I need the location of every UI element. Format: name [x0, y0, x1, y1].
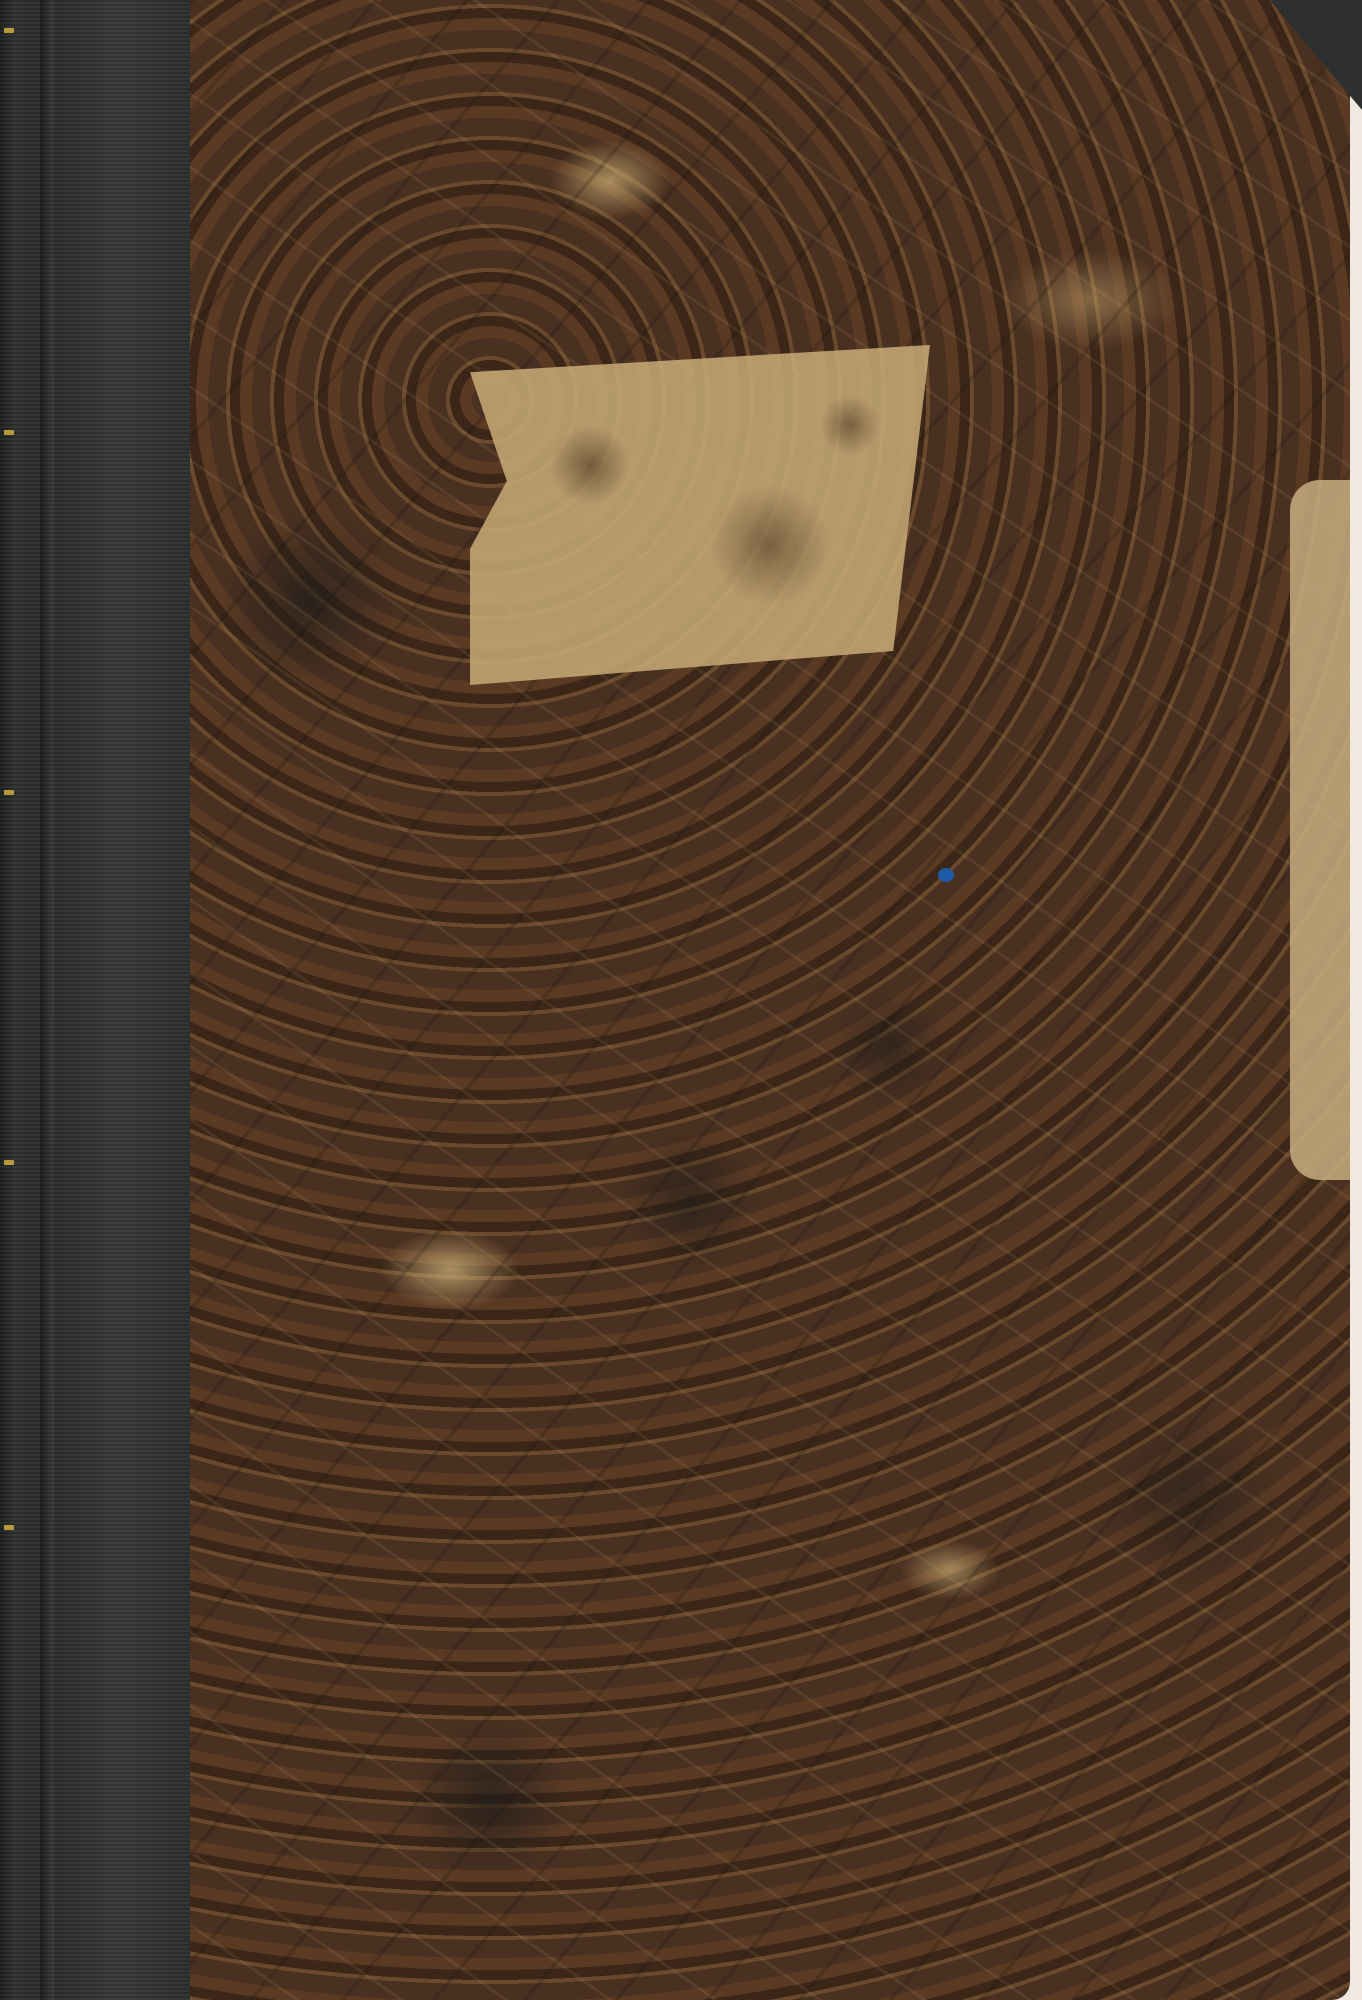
ink-spot — [938, 868, 954, 882]
spine-gold-mark — [4, 28, 14, 33]
worn-edge — [1290, 480, 1350, 1180]
spine-gold-mark — [4, 1525, 14, 1530]
spine-gold-mark — [4, 430, 14, 435]
spine-gold-mark — [4, 790, 14, 795]
cloth-spine — [0, 0, 200, 2000]
spine-gold-mark — [4, 1160, 14, 1165]
book-cover-photo — [0, 0, 1362, 2000]
marbled-board — [190, 0, 1350, 2000]
worn-label-area — [470, 345, 930, 685]
spine-hinge — [40, 0, 54, 2000]
